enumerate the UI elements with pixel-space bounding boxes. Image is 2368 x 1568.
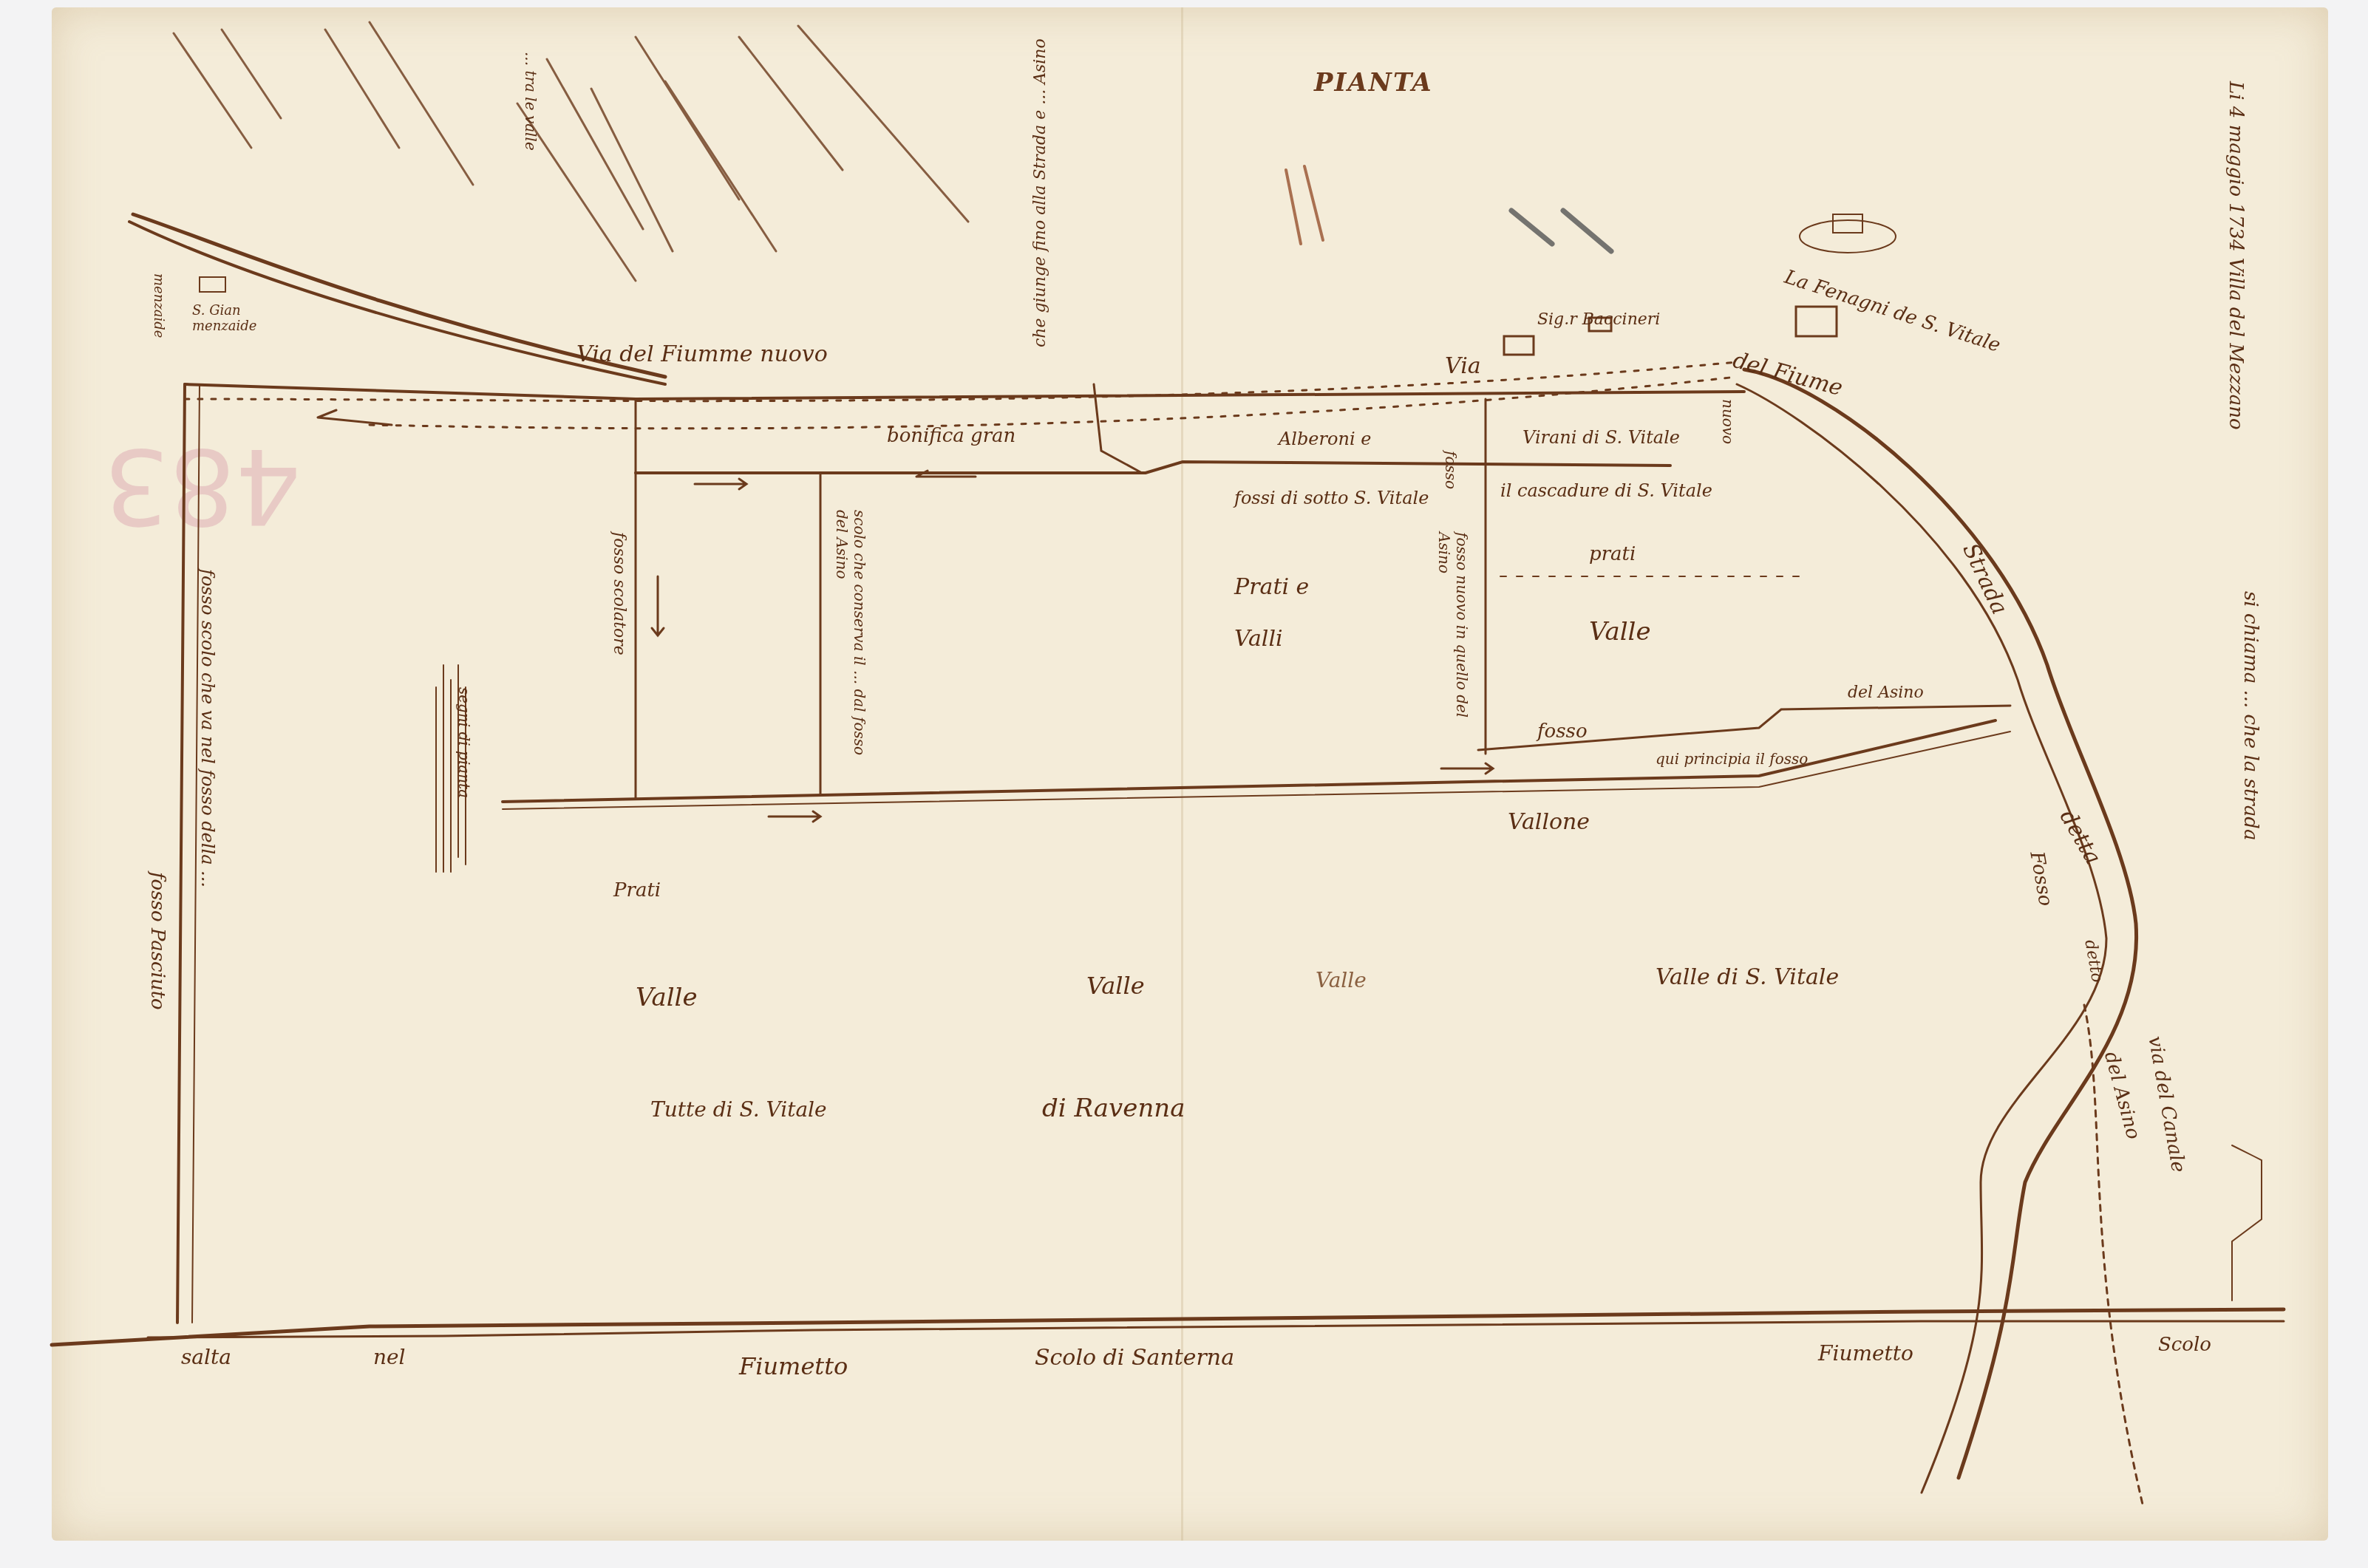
label-virani: Virani di S. Vitale: [1522, 427, 1680, 448]
label-fosso-scolatore: fosso scolatore: [610, 532, 628, 655]
label-nuovo-vertical: nuovo: [1719, 399, 1737, 444]
label-fosso: fosso: [1537, 720, 1588, 743]
label-segni-vertical: segni di pianta: [455, 687, 473, 798]
label-top-vertical-note: che giunge fino alla Strada e ... Asino: [1031, 37, 1049, 347]
note-right-margin: si chiama ... che la strada: [2239, 591, 2262, 840]
label-valle-2: Valle: [1086, 972, 1145, 1000]
label-fosso-nuovo-asino: fosso nuovo in quello del Asino: [1435, 532, 1471, 739]
label-scolo-right: Scolo: [2158, 1334, 2211, 1356]
label-valle-3: Valle: [1316, 968, 1367, 992]
label-del-asino: del Asino: [1848, 684, 1924, 702]
label-top-left-vertical: ... tra le valle: [522, 52, 540, 151]
label-tutte-di-s-vitale: Tutte di S. Vitale: [650, 1097, 827, 1122]
map-title: PIANTA: [1314, 68, 1433, 98]
label-salta: salta: [181, 1345, 231, 1369]
label-via-fiume-nuovo: Via del Fiumme nuovo: [576, 341, 828, 367]
label-s-gian-menzaide: S. Gian menzaide: [192, 303, 273, 334]
map-drawing: [0, 0, 2368, 1568]
label-nel: nel: [373, 1345, 406, 1369]
label-prati-e-valli: Prati e Valli: [1234, 562, 1323, 665]
label-valle-right: Valle: [1589, 617, 1651, 647]
note-top-right: Li 4 maggio 1734 Villa del Mezzano: [2225, 81, 2247, 495]
label-alberoni: Alberoni e: [1279, 429, 1371, 449]
label-valle-di-s-vitale: Valle di S. Vitale: [1656, 964, 1839, 990]
label-valle-1: Valle: [636, 983, 698, 1012]
label-fiumetto: Fiumetto: [739, 1352, 848, 1380]
label-fosso-pasciuto: fosso Pasciuto: [146, 872, 169, 1010]
label-scolo-mezzano: scolo che conserva il ... dal fosso del …: [833, 510, 868, 761]
label-menzaide-vertical: menzaide: [151, 273, 166, 338]
label-qui-principia: qui principia il fosso: [1656, 750, 1808, 768]
label-fosso-scolo-left: fosso scolo che va nel fosso della ...: [197, 569, 218, 887]
hatch-marks: [174, 22, 968, 281]
label-prati-lower: Prati: [613, 879, 661, 901]
label-bonifica: bonifica gran: [887, 425, 1015, 447]
label-vallone: Vallone: [1508, 809, 1590, 835]
label-cascadure: il cascadure di S. Vitale: [1500, 480, 1712, 501]
label-fiumetto-right: Fiumetto: [1818, 1341, 1913, 1366]
label-scolo-di-santerna: Scolo di Santerna: [1035, 1345, 1234, 1371]
label-fossi-di-sotto: fossi di sotto S. Vitale: [1234, 488, 1429, 508]
label-via: Via: [1445, 353, 1481, 379]
label-sig-baccineri: Sig.r Baccineri: [1537, 310, 1660, 329]
label-prati-right: prati: [1589, 543, 1636, 565]
label-di-ravenna: di Ravenna: [1042, 1094, 1185, 1123]
label-fosso-vertical: fosso: [1442, 451, 1460, 489]
